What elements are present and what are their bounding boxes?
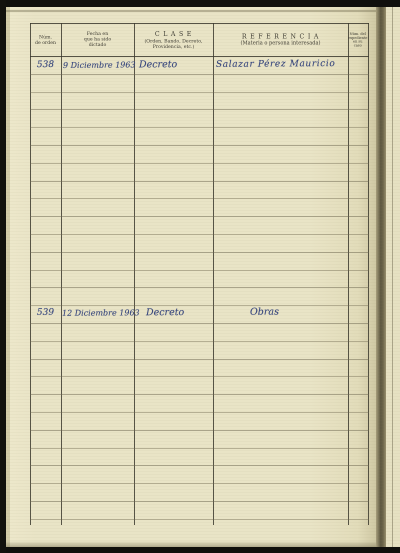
ledger-entry-row: 538 9 Diciembre 1963 Decreto Salazar Pér… — [0, 58, 400, 77]
column-header-clase: C L A S E (Orden, Bando, Decreto, Provid… — [134, 23, 213, 56]
column-header-expediente: Núm. del expediente en su caso — [348, 23, 368, 56]
entry-clase: Decreto — [139, 59, 177, 70]
table-horizontal-rule — [30, 92, 369, 93]
header-title: C L A S E — [143, 30, 205, 38]
table-horizontal-rule — [30, 234, 369, 235]
table-horizontal-rule — [30, 109, 369, 110]
next-page-rule-line — [392, 7, 393, 547]
table-horizontal-rule — [30, 519, 369, 520]
table-horizontal-rule — [30, 359, 369, 360]
page-top-edge-shadow — [6, 10, 376, 12]
column-header-fecha: Fecha en que ha sido dictado — [61, 23, 134, 56]
table-horizontal-rule — [30, 376, 369, 377]
scanned-ledger-page: Núm. de orden Fecha en que ha sido dicta… — [0, 0, 400, 553]
scan-border-left — [0, 0, 6, 553]
table-horizontal-rule — [30, 412, 369, 413]
table-horizontal-rule — [30, 56, 369, 57]
table-vertical-rule — [61, 23, 62, 525]
header-line: de orden — [33, 40, 57, 45]
page-fold-shadow — [376, 7, 386, 547]
stacked-pages-edge — [6, 7, 10, 547]
table-horizontal-rule — [30, 198, 369, 199]
table-horizontal-rule — [30, 181, 369, 182]
table-vertical-rule — [368, 23, 369, 525]
table-horizontal-rule — [30, 145, 369, 146]
entry-referencia: Obras — [250, 307, 279, 318]
table-horizontal-rule — [30, 287, 369, 288]
table-vertical-rule — [213, 23, 214, 525]
table-horizontal-rule — [30, 270, 369, 271]
ledger-entry-row: 539 12 Diciembre 1963 Decreto Obras — [0, 306, 400, 324]
header-line: Núm. — [33, 34, 57, 39]
scan-border-bottom — [0, 547, 400, 553]
table-horizontal-rule — [30, 252, 369, 253]
header-line: caso — [348, 43, 367, 47]
table-horizontal-rule — [30, 394, 369, 395]
header-line: dictado — [69, 42, 126, 47]
table-horizontal-rule — [30, 483, 369, 484]
header-line: (Orden, Bando, Decreto, — [143, 38, 205, 43]
entry-num-orden: 538 — [30, 60, 61, 70]
table-vertical-rule — [348, 23, 349, 525]
table-horizontal-rule — [30, 430, 369, 431]
table-vertical-rule — [134, 23, 135, 525]
header-line: Providencia, etc.) — [143, 43, 205, 48]
table-horizontal-rule — [30, 501, 369, 502]
table-horizontal-rule — [30, 448, 369, 449]
column-header-num-orden: Núm. de orden — [30, 23, 61, 56]
table-horizontal-rule — [30, 465, 369, 466]
table-horizontal-rule — [30, 127, 369, 128]
table-vertical-rule — [30, 23, 31, 525]
column-header-referencia: R E F E R E N C I A (Materia o persona i… — [213, 23, 348, 56]
table-horizontal-rule — [30, 341, 369, 342]
scan-border-top — [0, 0, 400, 7]
entry-referencia: Salazar Pérez Mauricio — [216, 59, 335, 70]
table-horizontal-rule — [30, 216, 369, 217]
header-line: (Materia o persona interesada) — [228, 41, 333, 46]
entry-fecha: 9 Diciembre 1963 — [63, 60, 134, 69]
entry-num-orden: 539 — [30, 308, 61, 318]
next-page-edge — [386, 7, 400, 547]
table-horizontal-rule — [30, 163, 369, 164]
entry-fecha: 12 Diciembre 1963 — [62, 308, 134, 317]
entry-clase: Decreto — [146, 307, 184, 318]
